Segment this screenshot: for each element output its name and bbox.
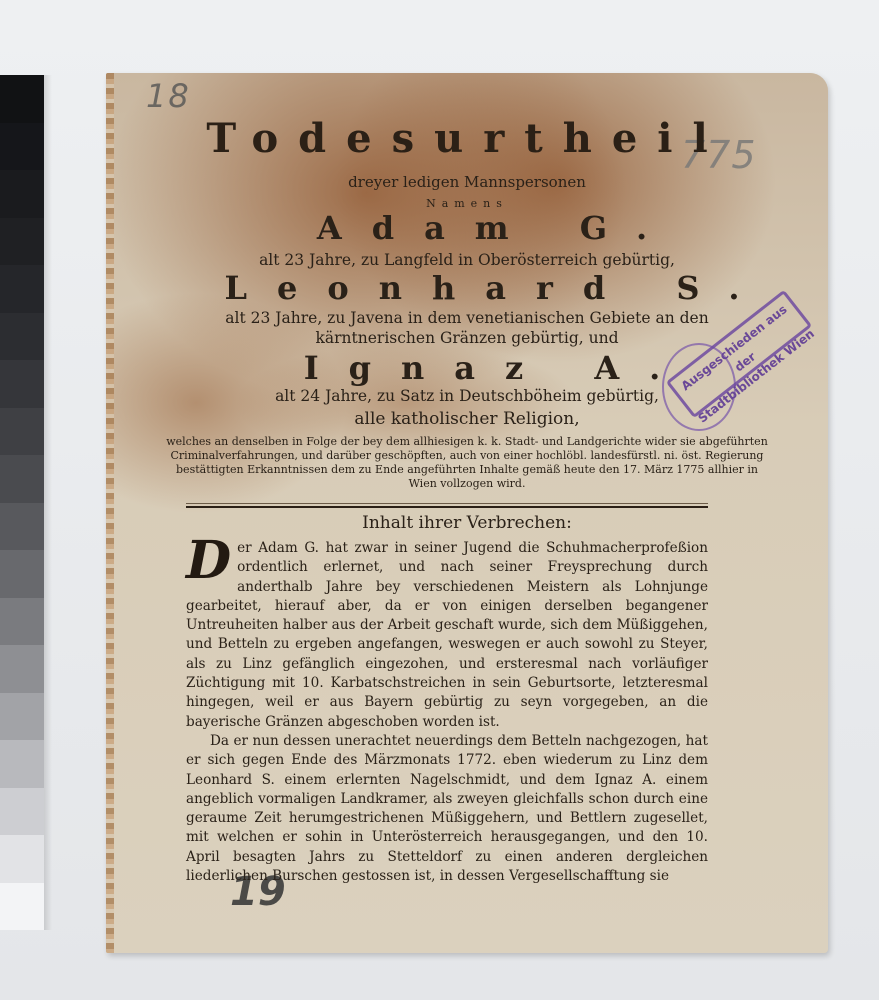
crimes-body: Der Adam G. hat zwar in seiner Jugend di… [186,539,708,886]
paragraph-2: Da er nun dessen unerachtet neuerdings d… [186,732,708,886]
grayscale-patch [0,835,44,883]
grayscale-patch [0,75,44,123]
document-page: 18 775 19 Todesurtheil dreyer ledigen Ma… [106,73,828,953]
paragraph-1-text: er Adam G. hat zwar in seiner Jugend die… [186,540,708,730]
grayscale-patch [0,693,44,741]
grayscale-patch [0,455,44,503]
grayscale-patch [0,598,44,646]
document-title: Todesurtheil [106,115,828,162]
paragraph-1: Der Adam G. hat zwar in seiner Jugend di… [186,539,708,732]
pencil-annotation-18: 18 [146,77,191,115]
divider-thin [186,503,708,504]
verdict-preamble: welches an denselben in Folge der bey de… [106,435,828,491]
grayscale-patch [0,740,44,788]
grayscale-patch [0,883,44,931]
grayscale-calibration-strip [0,75,44,930]
grayscale-patch [0,313,44,361]
divider [186,506,708,508]
grayscale-patch [0,408,44,456]
grayscale-patch [0,550,44,598]
person-name-adam: Adam G. [106,209,828,247]
subtitle: dreyer ledigen Mannspersonen [106,173,828,191]
grayscale-patch [0,123,44,171]
grayscale-patch [0,170,44,218]
grayscale-patch [0,360,44,408]
strip-shadow [44,75,52,930]
grayscale-patch [0,645,44,693]
grayscale-patch [0,218,44,266]
grayscale-patch [0,265,44,313]
library-stamp: Ausgeschieden aus der Stadtbibliothek Wi… [654,281,826,431]
grayscale-patch [0,788,44,836]
drop-cap: D [186,539,231,583]
person-detail-adam: alt 23 Jahre, zu Langfeld in Oberösterre… [106,251,828,269]
grayscale-patch [0,503,44,551]
